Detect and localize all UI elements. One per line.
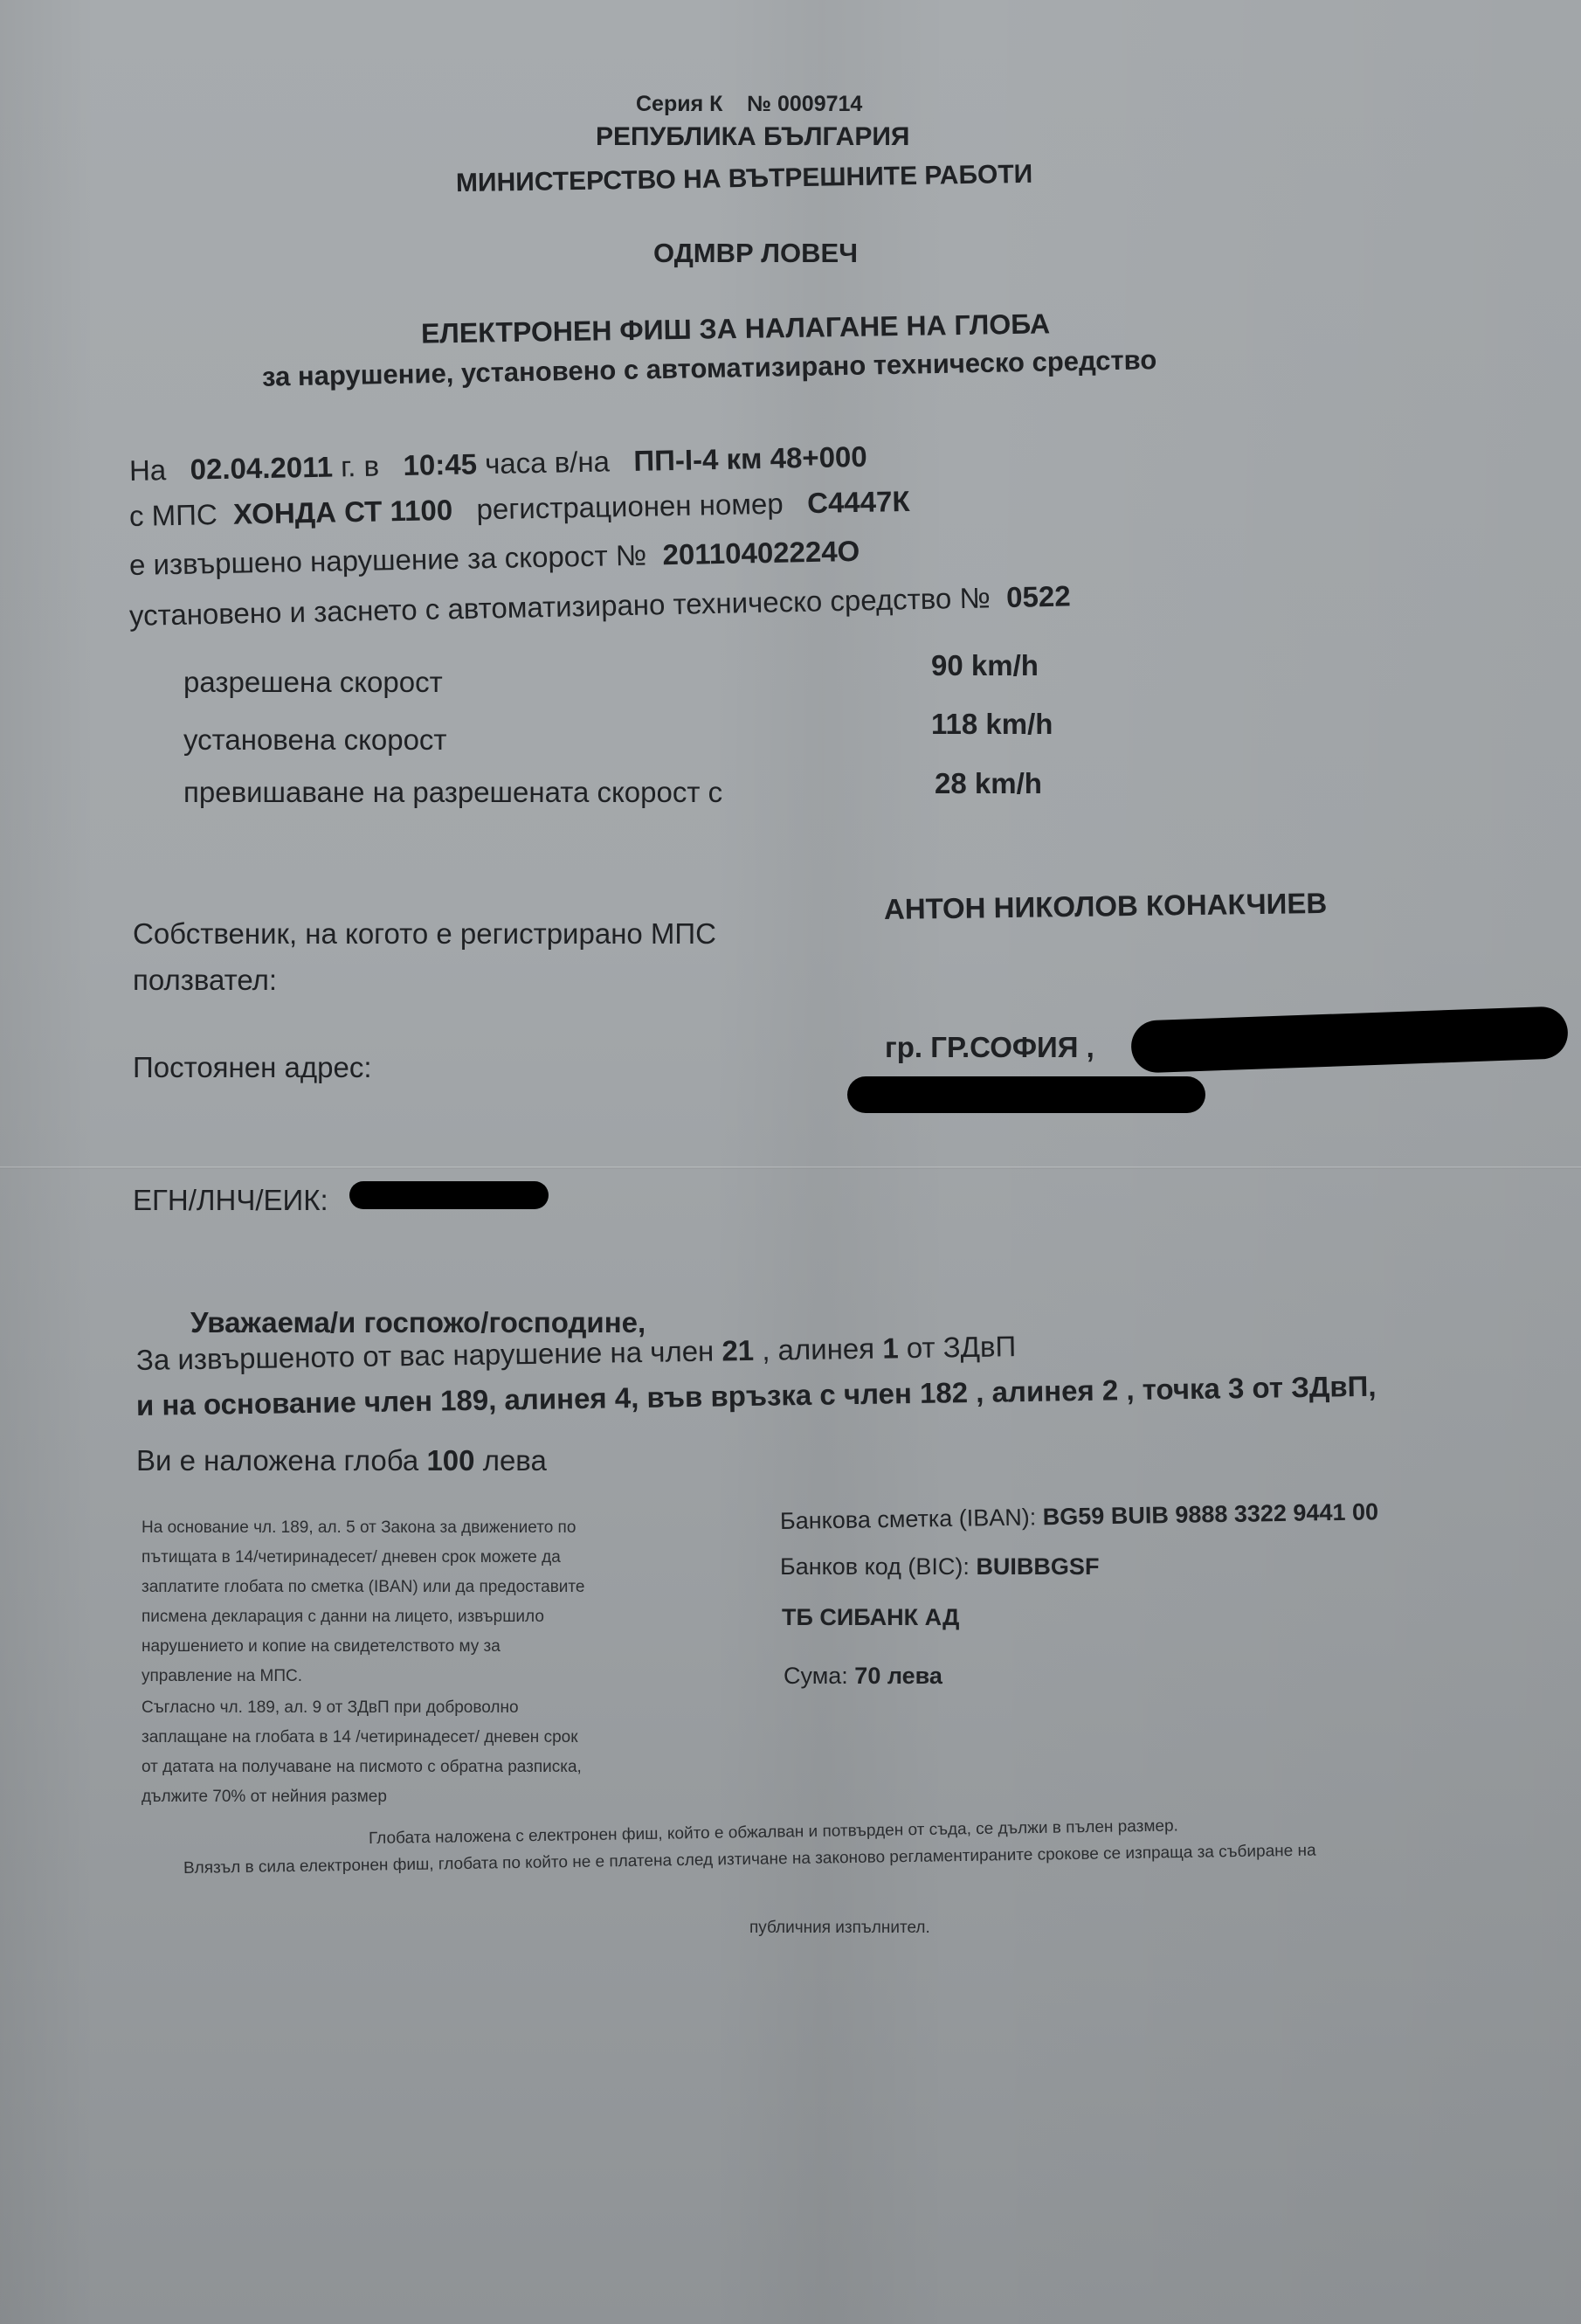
bic-label: Банков код (BIC): — [780, 1553, 970, 1580]
paragraph-number: 1 — [882, 1331, 899, 1364]
paper-fold — [0, 1166, 1581, 1169]
vehicle-label: с МПС — [129, 498, 217, 532]
series-text: Серия К — [636, 92, 722, 116]
notice-line: от датата на получаване на писмото с обр… — [142, 1758, 582, 1777]
notice-line: заплащане на глобата в 14 /четиринадесет… — [142, 1728, 578, 1747]
id-redaction — [349, 1181, 549, 1209]
violation-line-device: установено и заснето с автоматизирано те… — [129, 579, 1071, 633]
speed-allowed-value: 90 km/h — [931, 649, 1039, 682]
owner-name: АНТОН НИКОЛОВ КОНАКЧИЕВ — [884, 887, 1328, 926]
notice-line: нарушението и копие на свидетелството му… — [142, 1637, 501, 1657]
line1-mid: , алинея — [762, 1332, 874, 1366]
footer-line-2: Влязъл в сила електронен фиш, глобата по… — [183, 1842, 1316, 1878]
series-label: Серия К № 0009714 — [636, 92, 862, 117]
notice-line: управление на МПС. — [142, 1667, 302, 1686]
on-label: На — [129, 453, 167, 487]
bic-value[interactable]: BUIBBGSF — [976, 1553, 1099, 1580]
violation-line-date: На 02.04.2011 г. в 10:45 часа в/на ПП-I-… — [129, 440, 867, 488]
speed-excess-value: 28 km/h — [935, 767, 1042, 800]
violation-line-number: е извършено нарушение за скорост № 20110… — [129, 535, 860, 582]
year-suffix: г. в — [341, 450, 380, 483]
document-number: № 0009714 — [747, 92, 862, 116]
speed-excess-label: превишаване на разрешената скорост с — [183, 776, 722, 809]
id-label: ЕГН/ЛНЧ/ЕИК: — [133, 1184, 328, 1217]
violation-location: ПП-I-4 км 48+000 — [633, 440, 867, 477]
violation-line-vehicle: с МПС ХОНДА СТ 1100 регистрационен номер… — [129, 485, 910, 533]
iban-value[interactable]: BG59 BUIB 9888 3322 9441 00 — [1043, 1498, 1379, 1530]
document-subtitle: за нарушение, установено с автоматизиран… — [262, 344, 1157, 393]
time-suffix: часа в/на — [485, 445, 611, 480]
notice-line: дължите 70% от нейния размер — [142, 1788, 387, 1807]
document-title: ЕЛЕКТРОНЕН ФИШ ЗА НАЛАГАНЕ НА ГЛОБА — [421, 308, 1051, 349]
footer-line-1: Глобата наложена с електронен фиш, който… — [369, 1816, 1178, 1849]
letter-line-3: Ви е наложена глоба 100 лева — [136, 1444, 547, 1477]
violation-number: 20110402224О — [662, 535, 860, 571]
line1-suffix: от ЗДвП — [906, 1330, 1016, 1364]
line3-suffix: лева — [483, 1444, 547, 1477]
speed-allowed-label: разрешена скорост — [183, 666, 443, 699]
letter-line-2: и на основание член 189, алинея 4, във в… — [136, 1370, 1377, 1422]
user-label: ползвател: — [133, 964, 277, 997]
device-number: 0522 — [1006, 579, 1071, 613]
fine-amount: 100 — [426, 1444, 474, 1477]
bank-iban-line: Банкова сметка (IBAN): BG59 BUIB 9888 33… — [780, 1498, 1378, 1535]
violation-time: 10:45 — [403, 447, 477, 481]
article-number: 21 — [721, 1334, 754, 1367]
address-city: гр. ГР.СОФИЯ , — [885, 1031, 1094, 1064]
amount-line: Сума: 70 лева — [784, 1663, 942, 1690]
registration-number: С4447К — [807, 485, 910, 519]
bank-bic-line: Банков код (BIC): BUIBBGSF — [780, 1553, 1099, 1580]
line1-prefix: За извършеното от вас нарушение на член — [136, 1335, 715, 1376]
address-redaction-2 — [847, 1076, 1205, 1113]
notice-line: Съгласно чл. 189, ал. 9 от ЗДвП при добр… — [142, 1698, 519, 1718]
speed-measured-value: 118 km/h — [931, 708, 1053, 741]
notice-line: писмена декларация с данни на лицето, из… — [142, 1608, 544, 1627]
address-redaction — [1130, 1006, 1569, 1073]
violation-number-label: е извършено нарушение за скорост № — [129, 539, 647, 581]
violation-date: 02.04.2011 — [190, 451, 333, 486]
country-heading: РЕПУБЛИКА БЪЛГАРИЯ — [596, 122, 909, 152]
amount-value: 70 лева — [854, 1663, 942, 1689]
reg-label: регистрационен номер — [476, 488, 784, 526]
line3-prefix: Ви е наложена глоба — [136, 1444, 418, 1477]
footer-line-3: публичния изпълнител. — [749, 1919, 930, 1938]
notice-line: заплатите глобата по сметка (IBAN) или д… — [142, 1578, 584, 1597]
vehicle-model: ХОНДА СТ 1100 — [233, 494, 453, 530]
ministry-heading: МИНИСТЕРСТВО НА ВЪТРЕШНИТЕ РАБОТИ — [456, 160, 1033, 198]
device-label: установено и заснето с автоматизирано те… — [129, 581, 991, 632]
speed-measured-label: установена скорост — [183, 723, 447, 757]
notice-line: пътищата в 14/четиринадесет/ дневен срок… — [142, 1548, 561, 1567]
amount-label: Сума: — [784, 1663, 848, 1689]
bank-name: ТБ СИБАНК АД — [782, 1604, 959, 1631]
notice-line: На основание чл. 189, ал. 5 от Закона за… — [142, 1518, 576, 1538]
owner-label: Собственик, на когото е регистрирано МПС — [133, 917, 716, 951]
iban-label: Банкова сметка (IBAN): — [780, 1504, 1037, 1534]
address-label: Постоянен адрес: — [133, 1051, 372, 1084]
department-heading: ОДМВР ЛОВЕЧ — [653, 238, 858, 269]
letter-greeting: Уважаема/и госпожо/господине, — [190, 1306, 646, 1339]
